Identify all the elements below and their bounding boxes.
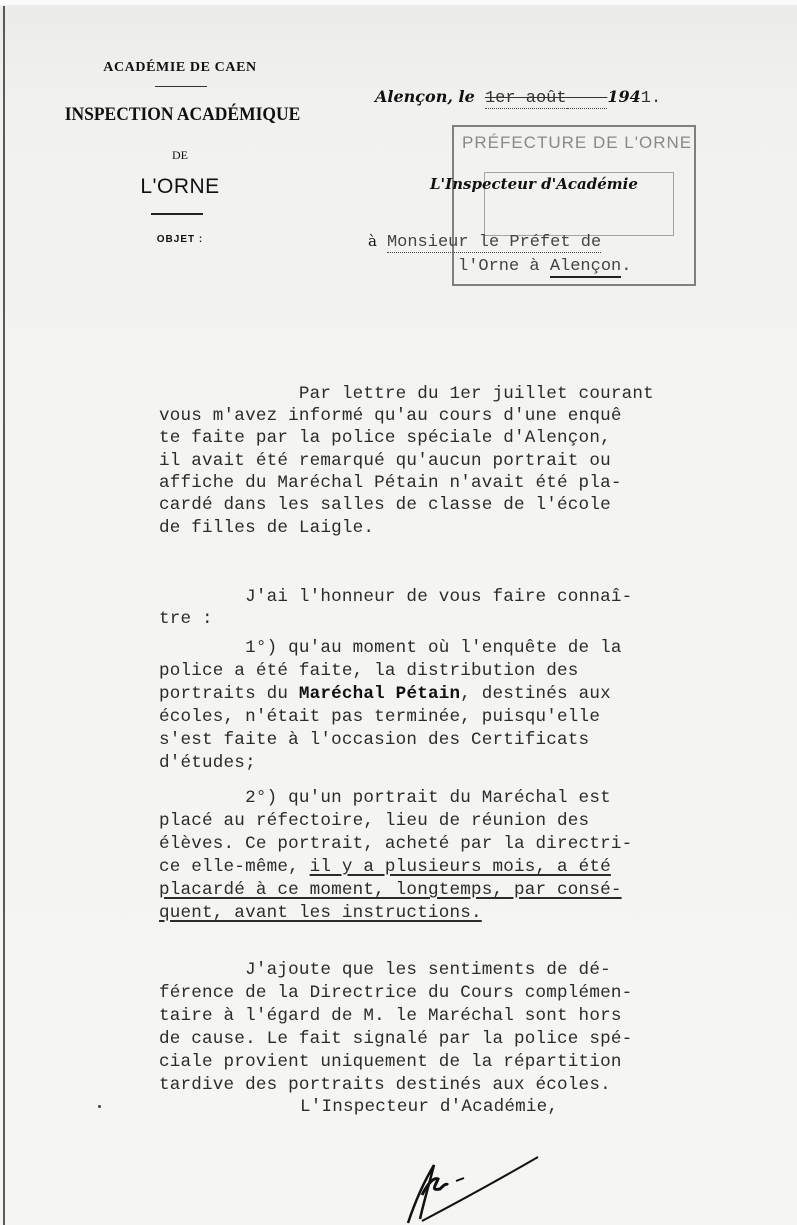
body-line: 1°) qu'au moment où l'enquête de la <box>159 638 622 658</box>
addressee-prefix: à <box>368 232 377 250</box>
sender-title: L'Inspecteur d'Académie <box>430 175 638 193</box>
addressee-city: Alençon <box>550 257 621 278</box>
body-line: affiche du Maréchal Pétain n'avait été p… <box>159 473 622 493</box>
bold-name: Maréchal Pétain <box>299 684 460 704</box>
addressee-location: l'Orne à <box>458 257 550 276</box>
underlined-text: quent, avant les instructions. <box>159 903 482 923</box>
body-line: s'est faite à l'occasion des Certificats <box>159 730 589 750</box>
addressee-line-1: àMonsieur le Préfet de <box>368 232 601 252</box>
body-line: portraits du Maréchal Pétain, destinés a… <box>159 684 611 704</box>
dateline: Alençon, le 1er août 1941. <box>375 87 661 108</box>
letterhead-office: INSPECTION ACADÉMIQUE <box>42 104 323 126</box>
body-line: élèves. Ce portrait, acheté par la direc… <box>159 834 632 854</box>
body-line: placé au réfectoire, lieu de réunion des <box>159 811 589 831</box>
body-line: férence de la Directrice du Cours complé… <box>159 983 632 1003</box>
body-line: cardé dans les salles de classe de l'éco… <box>159 495 611 515</box>
dateline-year-prefix: 194 <box>607 87 640 106</box>
body-line: J'ai l'honneur de vous faire connaî- <box>159 587 632 607</box>
addressee-name: Monsieur le Préfet de <box>387 233 601 253</box>
signature-icon <box>400 1155 540 1225</box>
letterhead-academy: ACADÉMIE DE CAEN <box>60 60 300 76</box>
letterhead-department: L'ORNE <box>100 175 260 199</box>
page-top-margin <box>0 0 797 5</box>
ink-speck <box>98 1105 101 1108</box>
underlined-text: placardé à ce moment, longtemps, par con… <box>159 880 622 900</box>
body-line: 2°) qu'un portrait du Maréchal est <box>159 788 611 808</box>
body-line: écoles, n'était pas terminée, puisqu'ell… <box>159 707 600 727</box>
body-line: ce elle-même, il y a plusieurs mois, a é… <box>159 857 611 877</box>
letterhead-divider <box>155 86 207 87</box>
body-line: te faite par la police spéciale d'Alenço… <box>159 428 611 448</box>
letterhead-de: DE <box>150 148 210 163</box>
body-line: ciale provient uniquement de la répartit… <box>159 1052 622 1072</box>
dateline-year: 1. <box>641 89 661 108</box>
objet-label: OBJET : <box>120 234 240 245</box>
body-line: de cause. Le fait signalé par la police … <box>159 1029 632 1049</box>
body-line: d'études; <box>159 753 256 773</box>
body-line: police a été faite, la distribution des <box>159 661 579 681</box>
body-line: il avait été remarqué qu'aucun portrait … <box>159 451 611 471</box>
underlined-text: il y a plusieurs mois, a été <box>310 857 611 877</box>
body-line: vous m'avez informé qu'au cours d'une en… <box>159 406 622 426</box>
body-line: taire à l'égard de M. le Maréchal sont h… <box>159 1006 622 1026</box>
body-line: J'ajoute que les sentiments de dé- <box>159 960 611 980</box>
body-line: Par lettre du 1er juillet courant <box>159 384 654 404</box>
letterhead-divider <box>151 213 203 215</box>
page-left-edge <box>3 6 5 1225</box>
dateline-date: 1er août <box>485 89 567 109</box>
dateline-place: Alençon, le <box>375 87 475 106</box>
closing-title: L'Inspecteur d'Académie, <box>300 1097 558 1117</box>
stamp-text: PRÉFECTURE DE L'ORNE <box>462 133 692 153</box>
body-line: de filles de Laigle. <box>159 518 374 538</box>
letter-page: ACADÉMIE DE CAEN INSPECTION ACADÉMIQUE D… <box>0 0 797 1225</box>
addressee-line-2: l'Orne à Alençon. <box>458 257 631 276</box>
body-line: tardive des portraits destinés aux école… <box>159 1075 611 1095</box>
body-line: tre : <box>159 609 213 629</box>
